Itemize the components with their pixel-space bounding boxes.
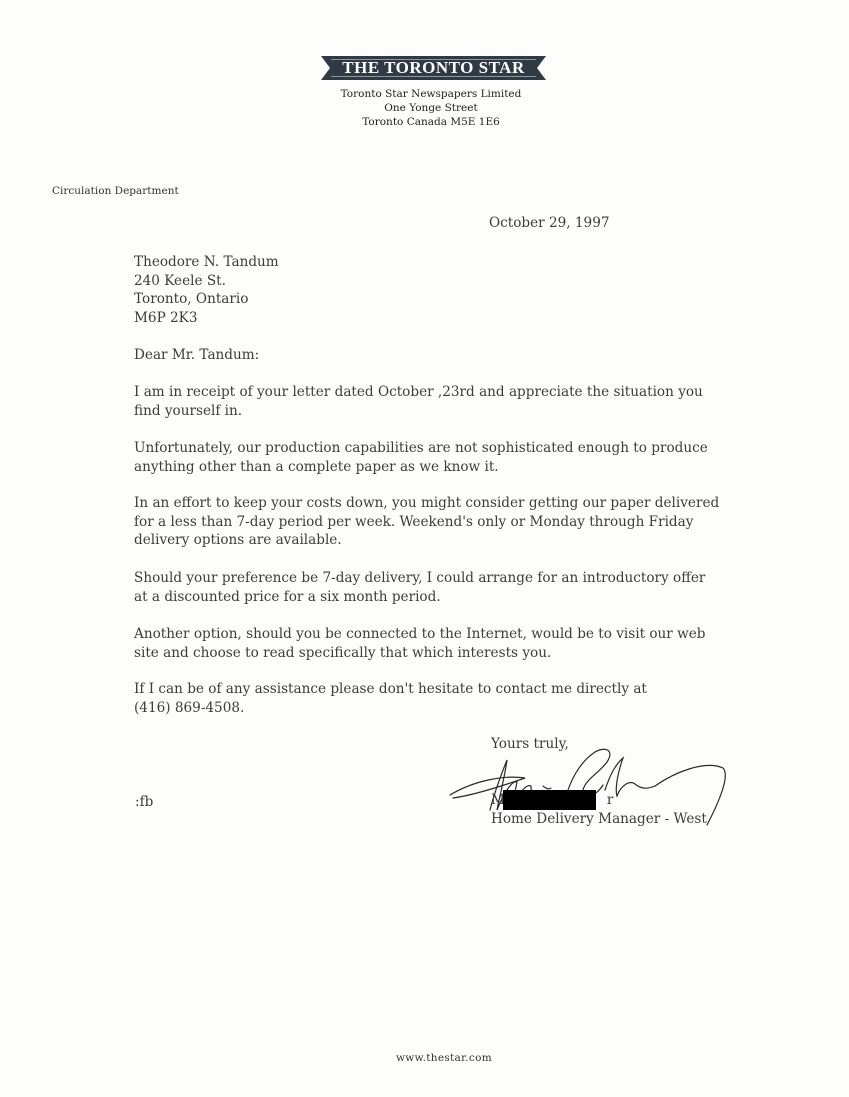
paragraph-line: If I can be of any assistance please don… — [134, 680, 647, 699]
company-address-block: Toronto Star Newspapers Limited One Yong… — [300, 87, 562, 129]
redaction-bar — [503, 790, 596, 810]
paragraph-line: at a discounted price for a six month pe… — [134, 588, 705, 607]
footer-url: www.thestar.com — [396, 1052, 492, 1064]
recipient-name: Theodore N. Tandum — [134, 253, 279, 272]
paragraph-line: I am in receipt of your letter dated Oct… — [134, 383, 703, 402]
department-label: Circulation Department — [52, 185, 179, 197]
paragraph-line: Unfortunately, our production capabiliti… — [134, 439, 708, 458]
toronto-star-logo: THE TORONTO STAR — [321, 56, 546, 80]
paragraph-line: for a less than 7-day period per week. W… — [134, 513, 719, 532]
letter-date: October 29, 1997 — [489, 214, 610, 233]
paragraph-line: delivery options are available. — [134, 531, 719, 550]
typist-initials: :fb — [135, 793, 153, 812]
body-paragraph-5: Another option, should you be connected … — [134, 625, 706, 662]
signer-title: Home Delivery Manager - West — [491, 810, 707, 829]
recipient-city: Toronto, Ontario — [134, 290, 279, 309]
body-paragraph-3: In an effort to keep your costs down, yo… — [134, 494, 719, 550]
recipient-street: 240 Keele St. — [134, 272, 279, 291]
company-name: Toronto Star Newspapers Limited — [300, 87, 562, 101]
signer-name-end: r — [607, 792, 614, 808]
paragraph-line: Should your preference be 7-day delivery… — [134, 569, 705, 588]
paragraph-line: Another option, should you be connected … — [134, 625, 706, 644]
salutation: Dear Mr. Tandum: — [134, 346, 259, 365]
body-paragraph-6: If I can be of any assistance please don… — [134, 680, 647, 717]
body-paragraph-4: Should your preference be 7-day delivery… — [134, 569, 705, 606]
body-paragraph-2: Unfortunately, our production capabiliti… — [134, 439, 708, 476]
paragraph-line: find yourself in. — [134, 402, 703, 421]
body-paragraph-1: I am in receipt of your letter dated Oct… — [134, 383, 703, 420]
recipient-address: Theodore N. Tandum 240 Keele St. Toronto… — [134, 253, 279, 327]
company-city: Toronto Canada M5E 1E6 — [300, 115, 562, 129]
company-street: One Yonge Street — [300, 101, 562, 115]
paragraph-line: (416) 869-4508. — [134, 699, 647, 718]
paragraph-line: anything other than a complete paper as … — [134, 458, 708, 477]
recipient-postal-code: M6P 2K3 — [134, 309, 279, 328]
logo-text: THE TORONTO STAR — [342, 58, 524, 78]
paragraph-line: site and choose to read specifically tha… — [134, 644, 706, 663]
paragraph-line: In an effort to keep your costs down, yo… — [134, 494, 719, 513]
